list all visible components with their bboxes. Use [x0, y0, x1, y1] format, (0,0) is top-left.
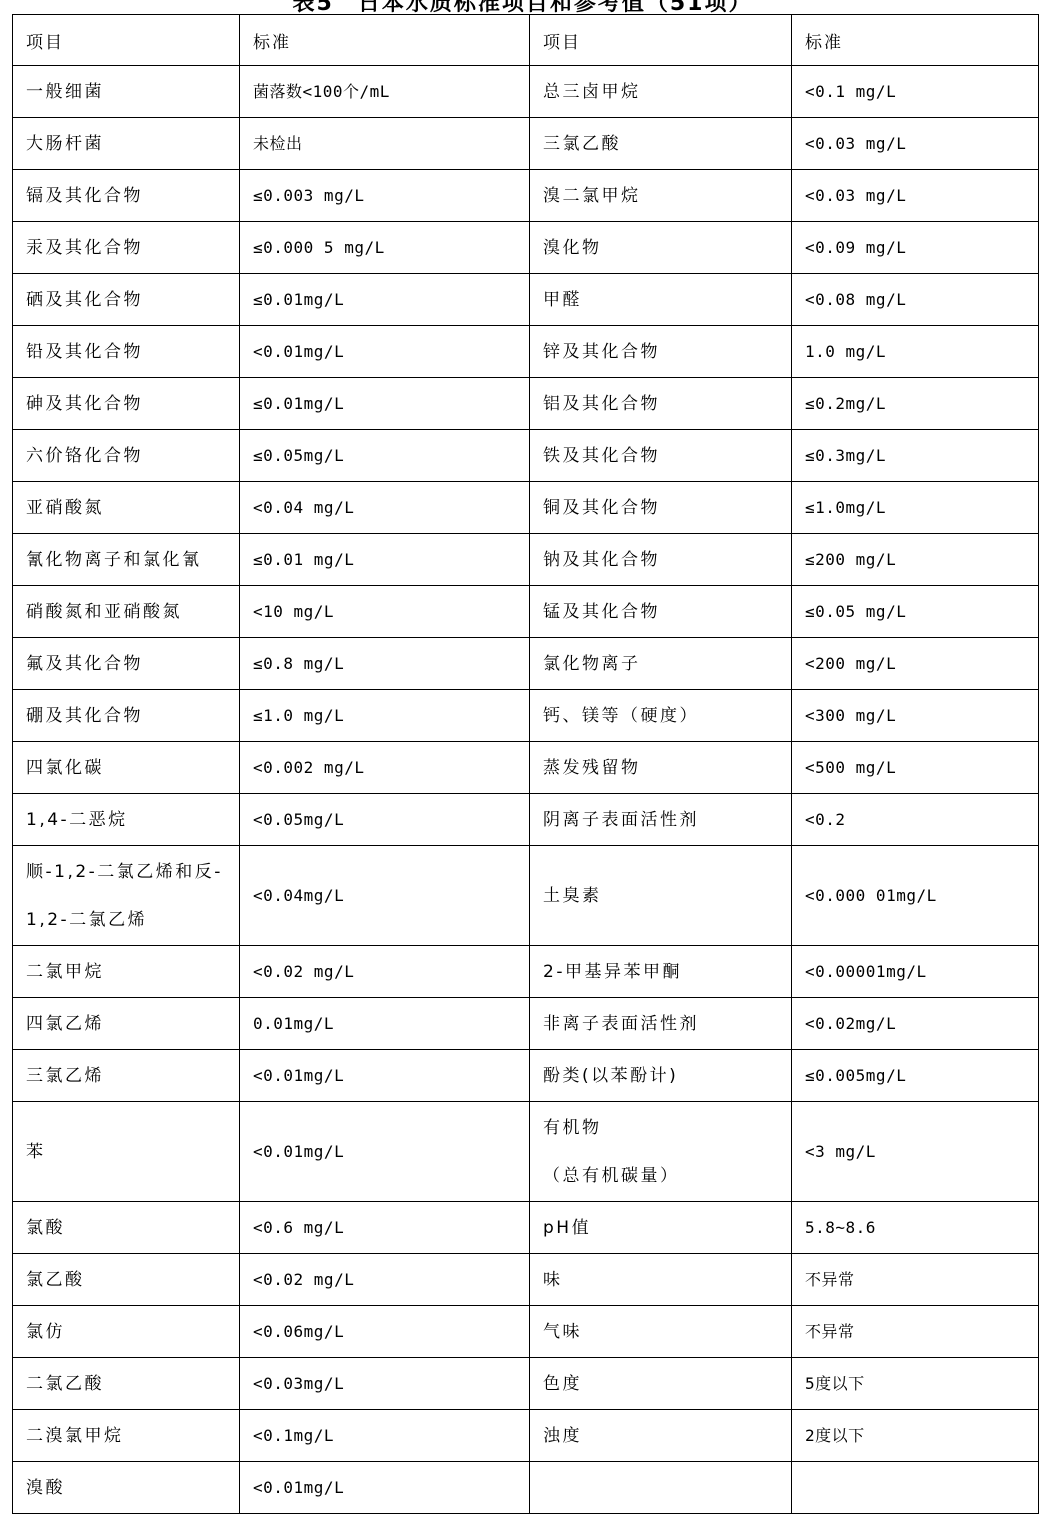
item-cell: 二氯乙酸 — [13, 1358, 240, 1410]
value-cell: 未检出 — [240, 118, 530, 170]
value-cell: <0.01mg/L — [240, 1102, 530, 1202]
value-cell: ≤1.0 mg/L — [240, 690, 530, 742]
table-row: 溴酸<0.01mg/L — [13, 1462, 1039, 1514]
item-cell: 三氯乙酸 — [530, 118, 792, 170]
table-row: 镉及其化合物≤0.003 mg/L溴二氯甲烷<0.03 mg/L — [13, 170, 1039, 222]
value-cell: <0.04 mg/L — [240, 482, 530, 534]
value-cell: 0.01mg/L — [240, 998, 530, 1050]
item-cell: 1,4-二恶烷 — [13, 794, 240, 846]
item-cell: 锰及其化合物 — [530, 586, 792, 638]
value-cell: ≤0.01mg/L — [240, 378, 530, 430]
col-header-item-left: 项目 — [13, 15, 240, 66]
value-cell: <3 mg/L — [792, 1102, 1039, 1202]
table-row: 二氯甲烷<0.02 mg/L2-甲基异苯甲酮<0.00001mg/L — [13, 946, 1039, 998]
value-cell: <0.05mg/L — [240, 794, 530, 846]
item-cell: 锌及其化合物 — [530, 326, 792, 378]
item-cell: 钙、镁等（硬度） — [530, 690, 792, 742]
item-cell: 二氯甲烷 — [13, 946, 240, 998]
item-cell: 汞及其化合物 — [13, 222, 240, 274]
value-cell: <0.04mg/L — [240, 846, 530, 946]
value-cell: <0.03 mg/L — [792, 118, 1039, 170]
table-row: 硝酸氮和亚硝酸氮<10 mg/L锰及其化合物≤0.05 mg/L — [13, 586, 1039, 638]
table-row: 苯<0.01mg/L有机物 （总有机碳量）<3 mg/L — [13, 1102, 1039, 1202]
value-cell: <10 mg/L — [240, 586, 530, 638]
value-cell: ≤200 mg/L — [792, 534, 1039, 586]
value-cell: <0.01mg/L — [240, 326, 530, 378]
table-row: 氯仿<0.06mg/L气味不异常 — [13, 1306, 1039, 1358]
value-cell: 5度以下 — [792, 1358, 1039, 1410]
item-cell: 苯 — [13, 1102, 240, 1202]
table-row: 氯乙酸<0.02 mg/L味不异常 — [13, 1254, 1039, 1306]
item-cell: 氯化物离子 — [530, 638, 792, 690]
value-cell: ≤0.003 mg/L — [240, 170, 530, 222]
value-cell: ≤0.05 mg/L — [792, 586, 1039, 638]
item-cell: 大肠杆菌 — [13, 118, 240, 170]
value-cell: ≤0.01 mg/L — [240, 534, 530, 586]
value-cell: <0.06mg/L — [240, 1306, 530, 1358]
table-row: 四氯乙烯0.01mg/L非离子表面活性剂<0.02mg/L — [13, 998, 1039, 1050]
header-row: 项目 标准 项目 标准 — [13, 15, 1039, 66]
value-cell: <0.1 mg/L — [792, 66, 1039, 118]
item-cell: 六价铬化合物 — [13, 430, 240, 482]
item-cell: 总三卤甲烷 — [530, 66, 792, 118]
item-cell: 蒸发残留物 — [530, 742, 792, 794]
value-cell: <0.2 — [792, 794, 1039, 846]
item-cell: 顺-1,2-二氯乙烯和反- 1,2-二氯乙烯 — [13, 846, 240, 946]
item-cell: 氯酸 — [13, 1202, 240, 1254]
item-cell: 阴离子表面活性剂 — [530, 794, 792, 846]
item-cell: 溴酸 — [13, 1462, 240, 1514]
value-cell: <0.6 mg/L — [240, 1202, 530, 1254]
value-cell: ≤0.000 5 mg/L — [240, 222, 530, 274]
item-cell: 气味 — [530, 1306, 792, 1358]
item-cell: 有机物 （总有机碳量） — [530, 1102, 792, 1202]
item-cell: pH值 — [530, 1202, 792, 1254]
table-row: 铅及其化合物<0.01mg/L锌及其化合物1.0 mg/L — [13, 326, 1039, 378]
item-cell: 溴二氯甲烷 — [530, 170, 792, 222]
value-cell: <0.000 01mg/L — [792, 846, 1039, 946]
item-cell: 一般细菌 — [13, 66, 240, 118]
item-cell — [530, 1462, 792, 1514]
value-cell: <0.02mg/L — [792, 998, 1039, 1050]
item-cell: 氯仿 — [13, 1306, 240, 1358]
item-cell: 酚类(以苯酚计) — [530, 1050, 792, 1102]
table-row: 氰化物离子和氯化氰≤0.01 mg/L钠及其化合物≤200 mg/L — [13, 534, 1039, 586]
item-cell: 氯乙酸 — [13, 1254, 240, 1306]
value-cell: <0.08 mg/L — [792, 274, 1039, 326]
item-cell: 甲醛 — [530, 274, 792, 326]
item-cell: 浊度 — [530, 1410, 792, 1462]
item-cell: 亚硝酸氮 — [13, 482, 240, 534]
item-cell: 镉及其化合物 — [13, 170, 240, 222]
value-cell: 5.8~8.6 — [792, 1202, 1039, 1254]
item-cell: 氰化物离子和氯化氰 — [13, 534, 240, 586]
table-row: 硒及其化合物≤0.01mg/L甲醛<0.08 mg/L — [13, 274, 1039, 326]
value-cell: ≤0.005mg/L — [792, 1050, 1039, 1102]
item-cell: 铅及其化合物 — [13, 326, 240, 378]
value-cell: <300 mg/L — [792, 690, 1039, 742]
value-cell: <0.01mg/L — [240, 1050, 530, 1102]
value-cell: <0.1mg/L — [240, 1410, 530, 1462]
document-page: 表5 日本水质标准项目和参考值（51项） 项目 标准 项目 标准 一般细菌菌落数… — [0, 0, 1045, 1530]
item-cell: 砷及其化合物 — [13, 378, 240, 430]
value-cell: ≤0.3mg/L — [792, 430, 1039, 482]
item-cell: 味 — [530, 1254, 792, 1306]
value-cell: ≤1.0mg/L — [792, 482, 1039, 534]
item-cell: 硼及其化合物 — [13, 690, 240, 742]
value-cell: 2度以下 — [792, 1410, 1039, 1462]
value-cell: <0.01mg/L — [240, 1462, 530, 1514]
table-row: 一般细菌菌落数<100个/mL总三卤甲烷<0.1 mg/L — [13, 66, 1039, 118]
value-cell: 菌落数<100个/mL — [240, 66, 530, 118]
item-cell: 四氯乙烯 — [13, 998, 240, 1050]
table-row: 六价铬化合物≤0.05mg/L铁及其化合物≤0.3mg/L — [13, 430, 1039, 482]
item-cell: 铝及其化合物 — [530, 378, 792, 430]
value-cell: ≤0.01mg/L — [240, 274, 530, 326]
table-row: 二溴氯甲烷<0.1mg/L浊度2度以下 — [13, 1410, 1039, 1462]
item-cell: 硒及其化合物 — [13, 274, 240, 326]
item-cell: 四氯化碳 — [13, 742, 240, 794]
table-row: 四氯化碳<0.002 mg/L蒸发残留物<500 mg/L — [13, 742, 1039, 794]
col-header-standard-left: 标准 — [240, 15, 530, 66]
value-cell: ≤0.05mg/L — [240, 430, 530, 482]
value-cell: 1.0 mg/L — [792, 326, 1039, 378]
value-cell: <0.09 mg/L — [792, 222, 1039, 274]
table-row: 氯酸<0.6 mg/LpH值5.8~8.6 — [13, 1202, 1039, 1254]
value-cell: <0.03mg/L — [240, 1358, 530, 1410]
value-cell: <0.03 mg/L — [792, 170, 1039, 222]
col-header-standard-right: 标准 — [792, 15, 1039, 66]
item-cell: 硝酸氮和亚硝酸氮 — [13, 586, 240, 638]
table-row: 大肠杆菌未检出三氯乙酸<0.03 mg/L — [13, 118, 1039, 170]
water-quality-standards-table: 项目 标准 项目 标准 一般细菌菌落数<100个/mL总三卤甲烷<0.1 mg/… — [12, 14, 1039, 1514]
value-cell: <200 mg/L — [792, 638, 1039, 690]
value-cell: <0.02 mg/L — [240, 1254, 530, 1306]
col-header-item-right: 项目 — [530, 15, 792, 66]
item-cell: 土臭素 — [530, 846, 792, 946]
value-cell: ≤0.2mg/L — [792, 378, 1039, 430]
table-row: 砷及其化合物≤0.01mg/L铝及其化合物≤0.2mg/L — [13, 378, 1039, 430]
value-cell — [792, 1462, 1039, 1514]
item-cell: 氟及其化合物 — [13, 638, 240, 690]
table-row: 氟及其化合物≤0.8 mg/L氯化物离子<200 mg/L — [13, 638, 1039, 690]
item-cell: 三氯乙烯 — [13, 1050, 240, 1102]
item-cell: 二溴氯甲烷 — [13, 1410, 240, 1462]
value-cell: <0.02 mg/L — [240, 946, 530, 998]
table-row: 1,4-二恶烷<0.05mg/L阴离子表面活性剂<0.2 — [13, 794, 1039, 846]
table-row: 亚硝酸氮<0.04 mg/L铜及其化合物≤1.0mg/L — [13, 482, 1039, 534]
item-cell: 溴化物 — [530, 222, 792, 274]
item-cell: 色度 — [530, 1358, 792, 1410]
table-title: 表5 日本水质标准项目和参考值（51项） — [0, 0, 1045, 17]
value-cell: 不异常 — [792, 1306, 1039, 1358]
value-cell: <0.002 mg/L — [240, 742, 530, 794]
table-row: 二氯乙酸<0.03mg/L色度5度以下 — [13, 1358, 1039, 1410]
value-cell: 不异常 — [792, 1254, 1039, 1306]
table-row: 汞及其化合物≤0.000 5 mg/L溴化物<0.09 mg/L — [13, 222, 1039, 274]
item-cell: 铁及其化合物 — [530, 430, 792, 482]
table-row: 顺-1,2-二氯乙烯和反- 1,2-二氯乙烯<0.04mg/L土臭素<0.000… — [13, 846, 1039, 946]
table-row: 硼及其化合物≤1.0 mg/L钙、镁等（硬度）<300 mg/L — [13, 690, 1039, 742]
item-cell: 非离子表面活性剂 — [530, 998, 792, 1050]
item-cell: 2-甲基异苯甲酮 — [530, 946, 792, 998]
value-cell: <0.00001mg/L — [792, 946, 1039, 998]
value-cell: ≤0.8 mg/L — [240, 638, 530, 690]
table-row: 三氯乙烯<0.01mg/L酚类(以苯酚计)≤0.005mg/L — [13, 1050, 1039, 1102]
item-cell: 铜及其化合物 — [530, 482, 792, 534]
value-cell: <500 mg/L — [792, 742, 1039, 794]
item-cell: 钠及其化合物 — [530, 534, 792, 586]
